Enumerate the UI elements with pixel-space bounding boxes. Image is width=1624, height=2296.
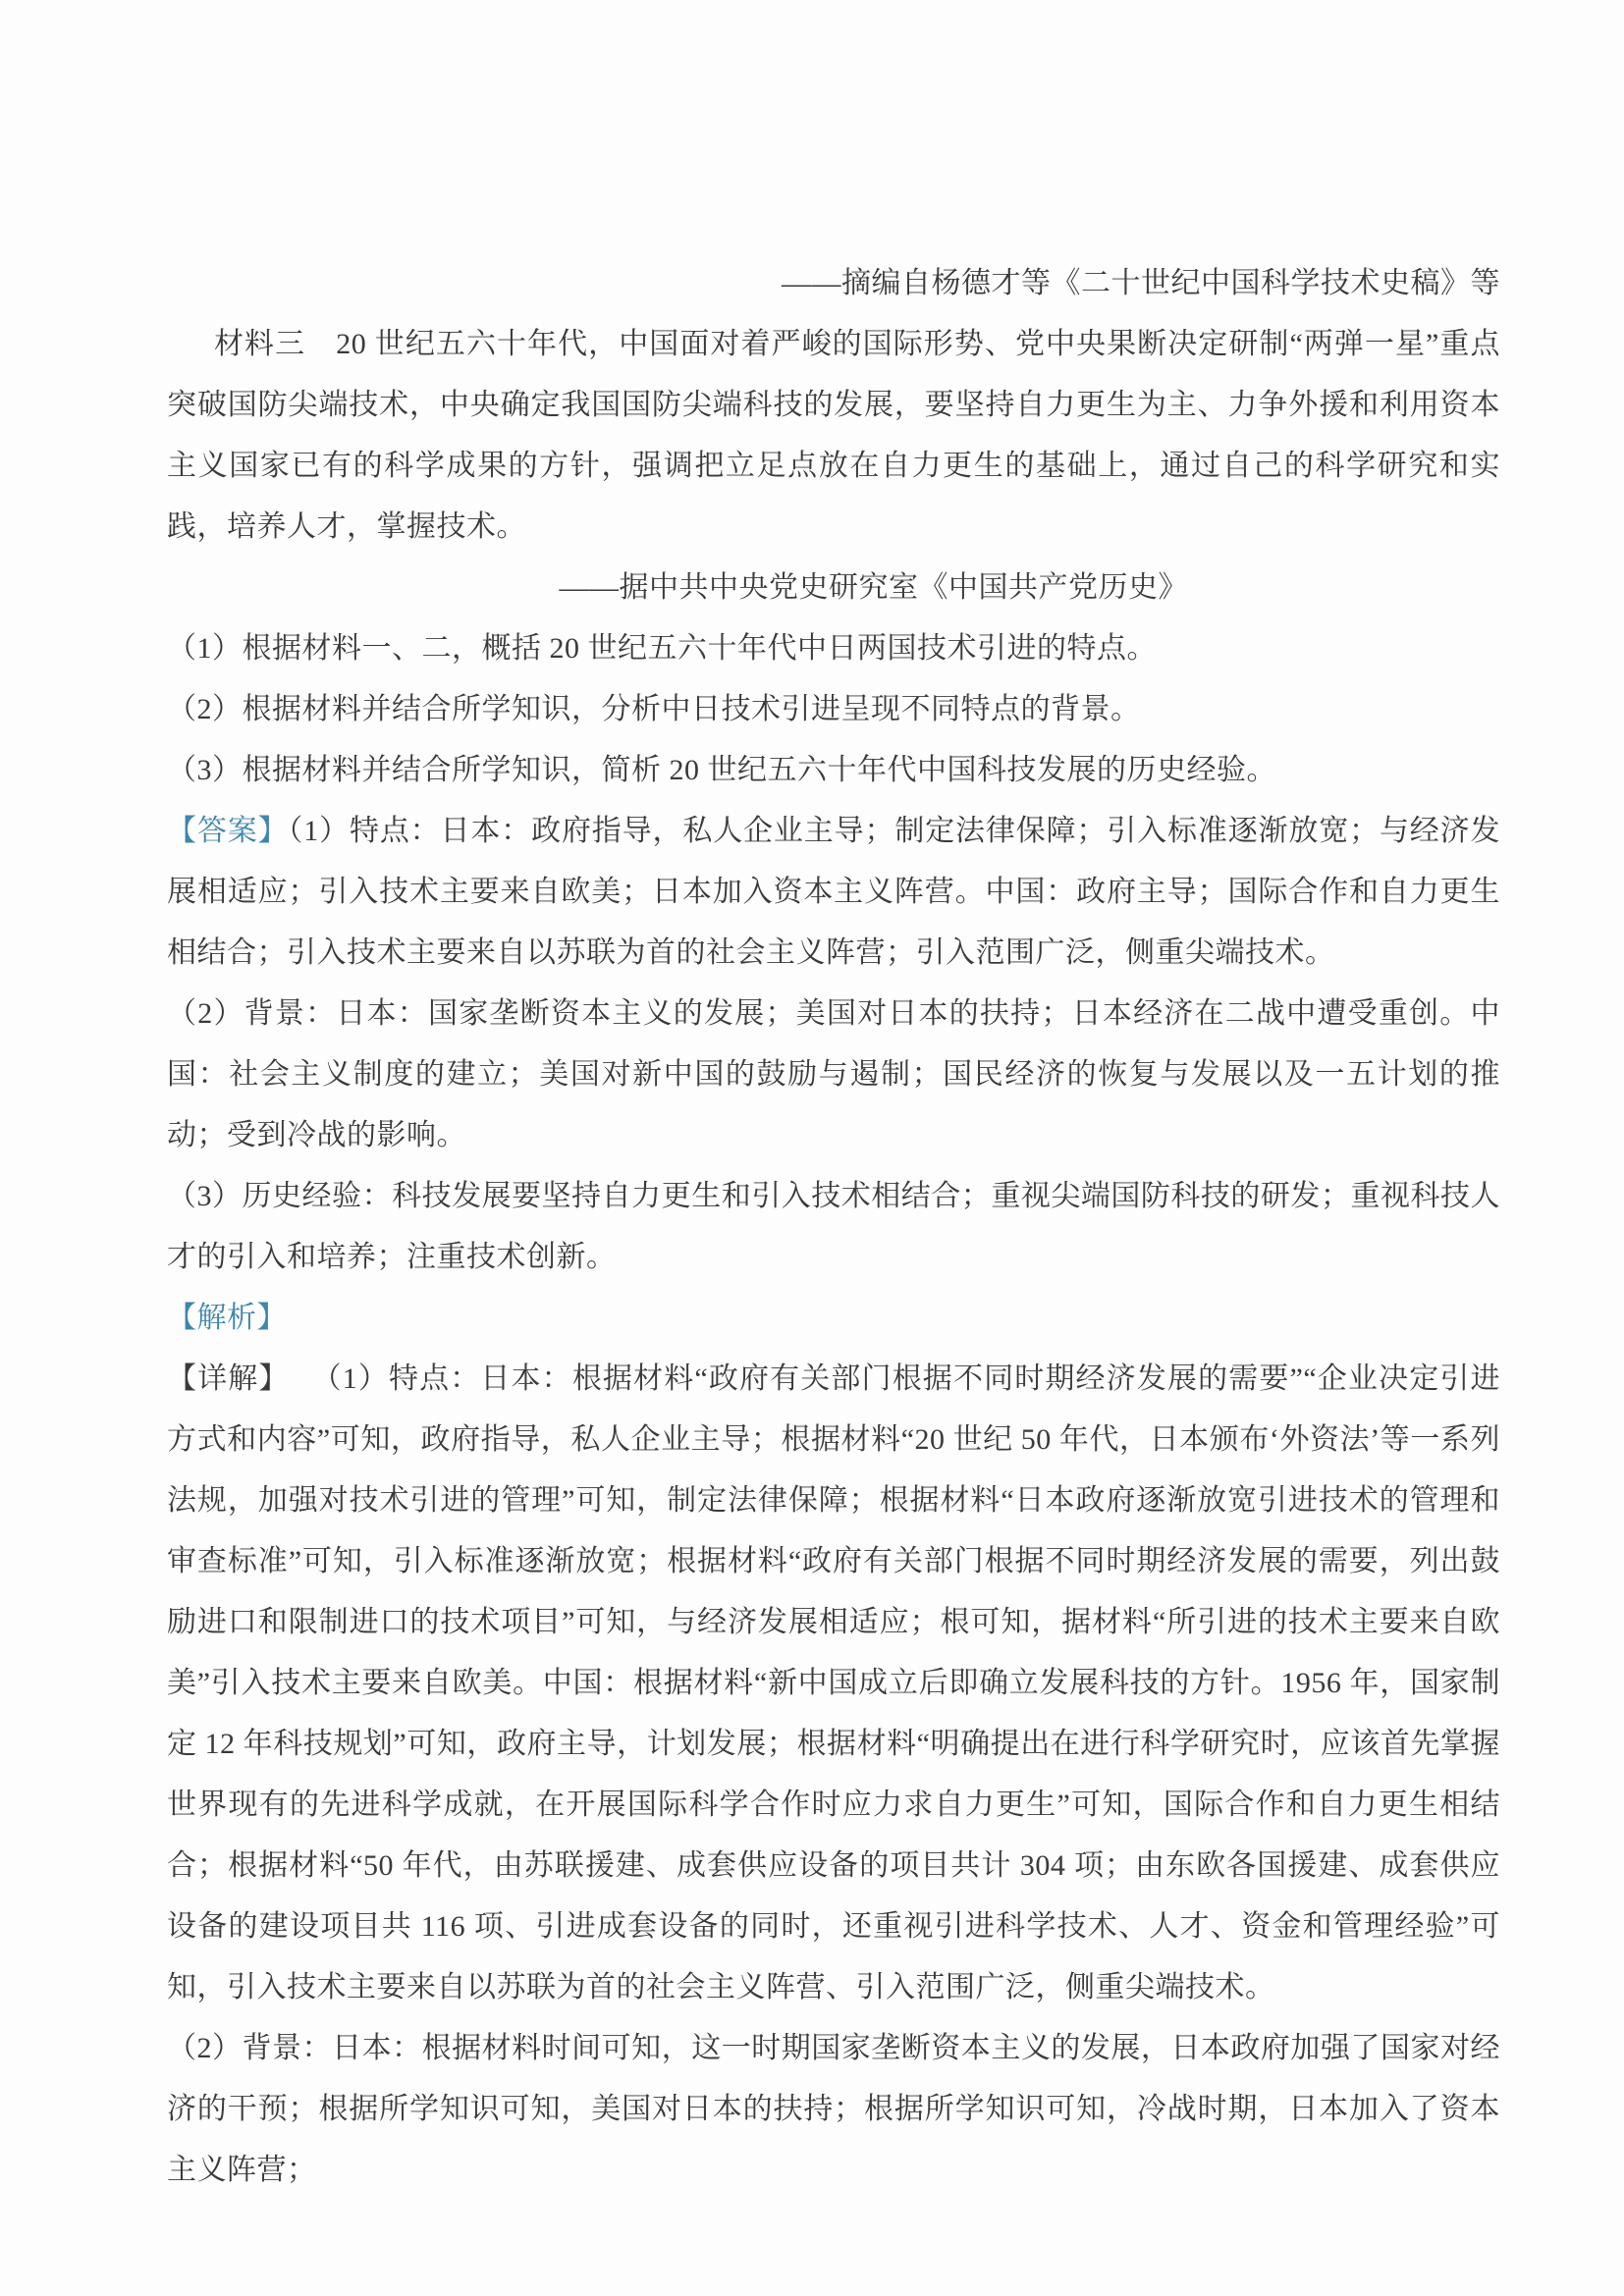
detail-part-2: （2）背景：日本：根据材料时间可知，这一时期国家垄断资本主义的发展，日本政府加强… [167,2018,1500,2201]
answer-part-2: （2）背景：日本：国家垄断资本主义的发展；美国对日本的扶持；日本经济在二战中遭受… [167,984,1500,1166]
answer-part-1-text: （1）特点：日本：政府指导，私人企业主导；制定法律保障；引入标准逐渐放宽；与经济… [167,815,1500,969]
analysis-label: 【解析】 [167,1302,287,1334]
detail-part-1: 【详解】（1）特点：日本：根据材料“政府有关部门根据不同时期经济发展的需要”“企… [167,1349,1500,2018]
document-content: ——摘编自杨德才等《二十世纪中国科学技术史稿》等 材料三 20 世纪五六十年代，… [0,0,1624,2201]
answer-part-3: （3）历史经验：科技发展要坚持自力更生和引入技术相结合；重视尖端国防科技的研发；… [167,1166,1500,1288]
detail-part-1-text: （1）特点：日本：根据材料“政府有关部门根据不同时期经济发展的需要”“企业决定引… [167,1362,1500,2003]
question-2: （2）根据材料并结合所学知识，分析中日技术引进呈现不同特点的背景。 [167,679,1500,740]
analysis-heading: 【解析】 [167,1288,1500,1349]
question-1: （1）根据材料一、二，概括 20 世纪五六十年代中日两国技术引进的特点。 [167,618,1500,679]
document-page: ——摘编自杨德才等《二十世纪中国科学技术史稿》等 材料三 20 世纪五六十年代，… [0,0,1624,2296]
source-attribution-material-three: ——据中共中央党史研究室《中国共产党历史》 [167,558,1500,618]
answer-part-1: 【答案】（1）特点：日本：政府指导，私人企业主导；制定法律保障；引入标准逐渐放宽… [167,801,1500,984]
detail-label: 【详解】 [167,1362,290,1395]
material-three-paragraph: 材料三 20 世纪五六十年代，中国面对着严峻的国际形势、党中央果断决定研制“两弹… [167,314,1500,558]
answer-label: 【答案】 [167,815,288,847]
question-3: （3）根据材料并结合所学知识，简析 20 世纪五六十年代中国科技发展的历史经验。 [167,740,1500,801]
source-attribution-material-two: ——摘编自杨德才等《二十世纪中国科学技术史稿》等 [167,253,1500,314]
